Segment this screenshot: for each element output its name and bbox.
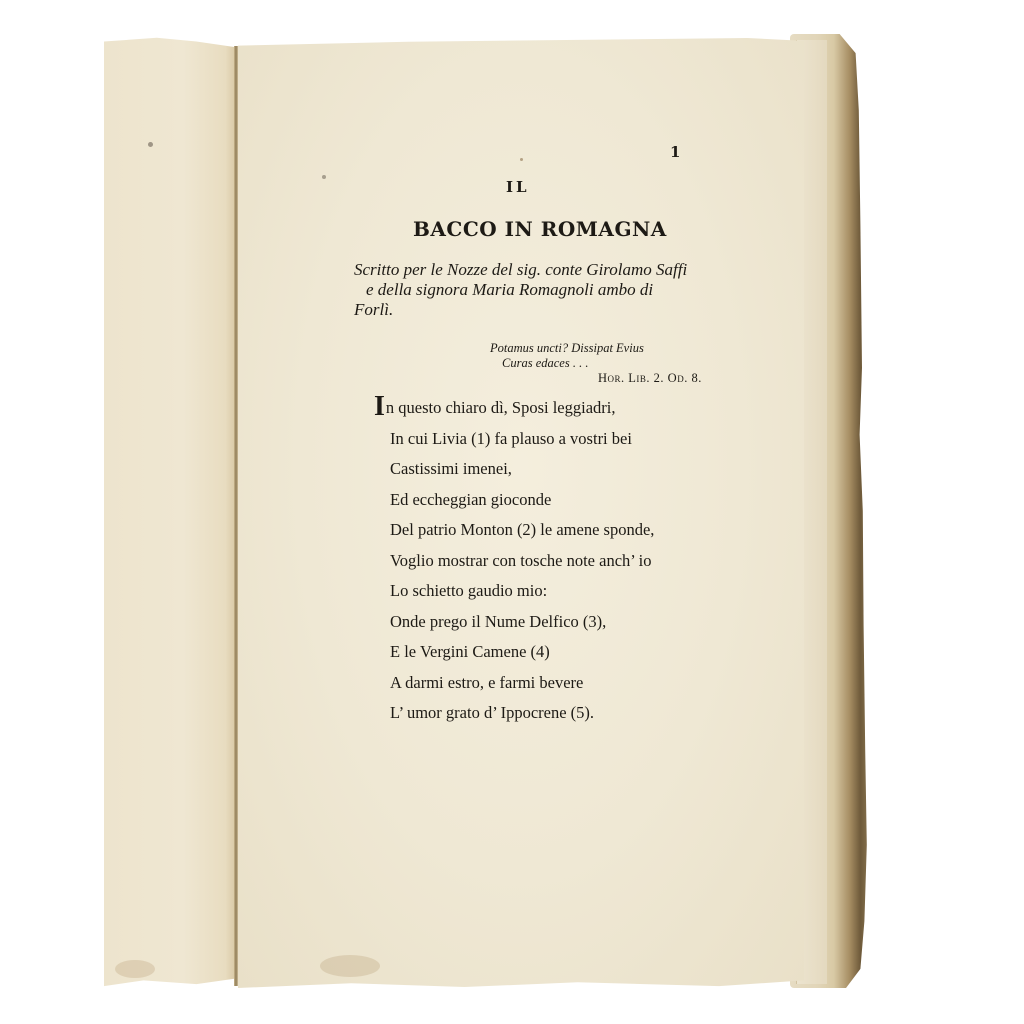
poem-verse: In cui Livia (1) fa plauso a vostri bei [374, 424, 654, 455]
verse-text: n questo chiaro dì, Sposi leggiadri, [386, 398, 616, 417]
epigraph-line: Curas edaces . . . [490, 356, 702, 371]
drop-cap: I [374, 391, 385, 422]
epigraph-line: Potamus uncti? Dissipat Evius [490, 341, 702, 356]
poem: In questo chiaro dì, Sposi leggiadri, In… [374, 393, 654, 729]
poem-verse: Del patrio Monton (2) le amene sponde, [374, 515, 654, 546]
book-photo: 1 IL BACCO IN ROMAGNA Scritto per le Noz… [0, 0, 1024, 1024]
poem-verse: A darmi estro, e farmi bevere [374, 668, 654, 699]
poem-verse: Onde prego il Nume Delfico (3), [374, 607, 654, 638]
page-number: 1 [670, 143, 680, 161]
page-title: BACCO IN ROMAGNA [413, 217, 667, 241]
poem-first-verse: In questo chiaro dì, Sposi leggiadri, [374, 393, 654, 424]
subtitle-line: Scritto per le Nozze del sig. conte Giro… [354, 260, 694, 280]
dedication-subtitle: Scritto per le Nozze del sig. conte Giro… [354, 260, 694, 320]
poem-verse: L’ umor grato d’ Ippocrene (5). [374, 698, 654, 729]
subtitle-line: e della signora Maria Romagnoli ambo di [354, 280, 694, 300]
poem-verse: Ed eccheggian gioconde [374, 485, 654, 516]
pre-title: IL [506, 178, 530, 196]
subtitle-line: Forlì. [354, 300, 694, 320]
poem-verse: Voglio mostrar con tosche note anch’ io [374, 546, 654, 577]
poem-verse: E le Vergini Camene (4) [374, 637, 654, 668]
printed-page-text: 1 IL BACCO IN ROMAGNA Scritto per le Noz… [0, 0, 1024, 1024]
epigraph: Potamus uncti? Dissipat Evius Curas edac… [490, 341, 702, 386]
poem-verse: Castissimi imenei, [374, 454, 654, 485]
poem-verse: Lo schietto gaudio mio: [374, 576, 654, 607]
epigraph-citation: Hor. Lib. 2. Od. 8. [490, 371, 702, 386]
